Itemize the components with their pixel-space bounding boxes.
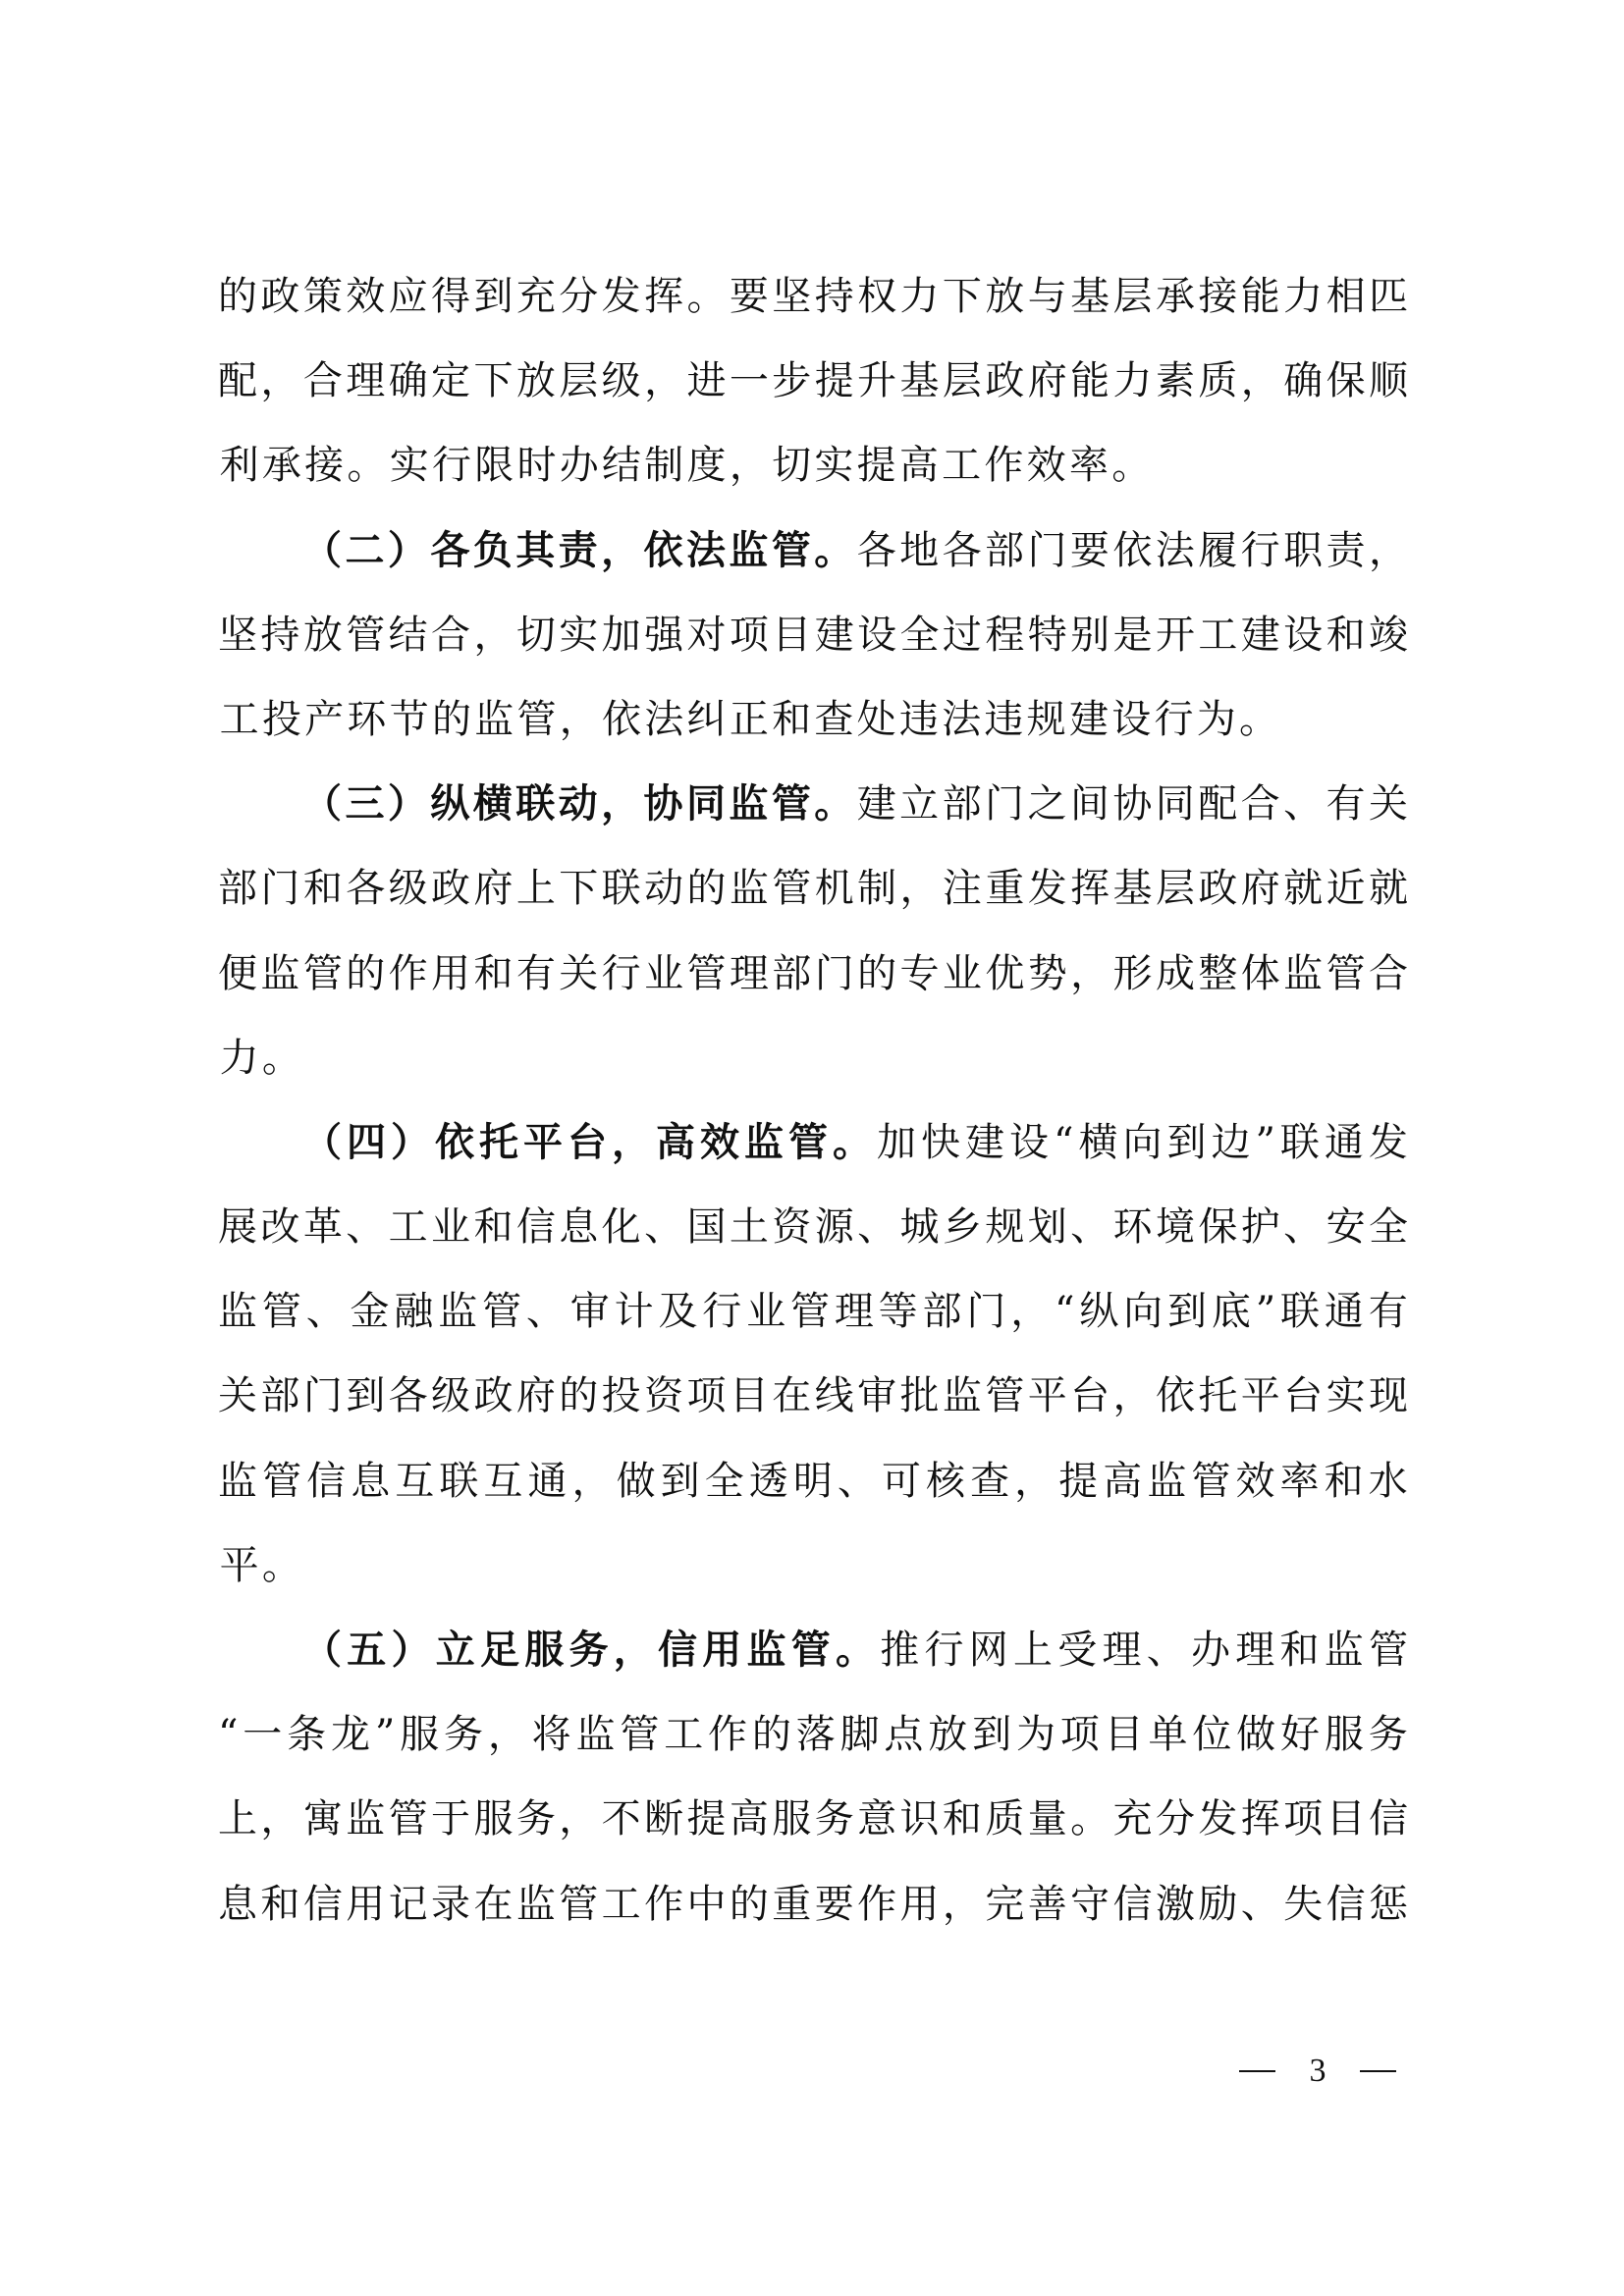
page-number-left-dash bbox=[1239, 2070, 1275, 2072]
page-number: 3 bbox=[1239, 2050, 1396, 2093]
text-line: 监管信息互联互通，做到全透明、可核查，提高监管效率和水 bbox=[218, 1439, 1408, 1523]
text-line: 监管、金融监管、审计及行业管理等部门，“纵向到底”联通有 bbox=[218, 1269, 1408, 1354]
text-line: 关部门到各级政府的投资项目在线审批监管平台，依托平台实现 bbox=[218, 1354, 1408, 1438]
text-line: 工投产环节的监管，依法纠正和查处违法违规建设行为。 bbox=[218, 677, 1408, 762]
text-line: 平。 bbox=[218, 1523, 1408, 1608]
page-number-right-dash bbox=[1360, 2070, 1396, 2072]
section-heading-line: （二）各负其责，依法监管。各地各部门要依法履行职责， bbox=[218, 508, 1408, 593]
document-page: 的政策效应得到充分发挥。要坚持权力下放与基层承接能力相匹配，合理确定下放层级，进… bbox=[0, 0, 1624, 2296]
text-line: 便监管的作用和有关行业管理部门的专业优势，形成整体监管合 bbox=[218, 932, 1408, 1016]
text-line: 力。 bbox=[218, 1016, 1408, 1100]
text-line: 配，合理确定下放层级，进一步提升基层政府能力素质，确保顺 bbox=[218, 339, 1408, 423]
text-line: 利承接。实行限时办结制度，切实提高工作效率。 bbox=[218, 423, 1408, 507]
section-heading-line: （四）依托平台，高效监管。加快建设“横向到边”联通发 bbox=[218, 1100, 1408, 1185]
section-heading-line: （五）立足服务，信用监管。推行网上受理、办理和监管 bbox=[218, 1608, 1408, 1692]
text-line: 展改革、工业和信息化、国土资源、城乡规划、环境保护、安全 bbox=[218, 1185, 1408, 1269]
text-line: “一条龙”服务，将监管工作的落脚点放到为项目单位做好服务 bbox=[218, 1692, 1408, 1777]
section-heading-line: （三）纵横联动，协同监管。建立部门之间协同配合、有关 bbox=[218, 762, 1408, 846]
page-number-value: 3 bbox=[1310, 2053, 1326, 2090]
text-line: 的政策效应得到充分发挥。要坚持权力下放与基层承接能力相匹 bbox=[218, 254, 1408, 339]
text-line: 息和信用记录在监管工作中的重要作用，完善守信激励、失信惩 bbox=[218, 1862, 1408, 1947]
text-line: 部门和各级政府上下联动的监管机制，注重发挥基层政府就近就 bbox=[218, 846, 1408, 931]
text-line: 上，寓监管于服务，不断提高服务意识和质量。充分发挥项目信 bbox=[218, 1777, 1408, 1861]
body-text: 的政策效应得到充分发挥。要坚持权力下放与基层承接能力相匹配，合理确定下放层级，进… bbox=[218, 254, 1408, 1947]
text-line: 坚持放管结合，切实加强对项目建设全过程特别是开工建设和竣 bbox=[218, 593, 1408, 677]
